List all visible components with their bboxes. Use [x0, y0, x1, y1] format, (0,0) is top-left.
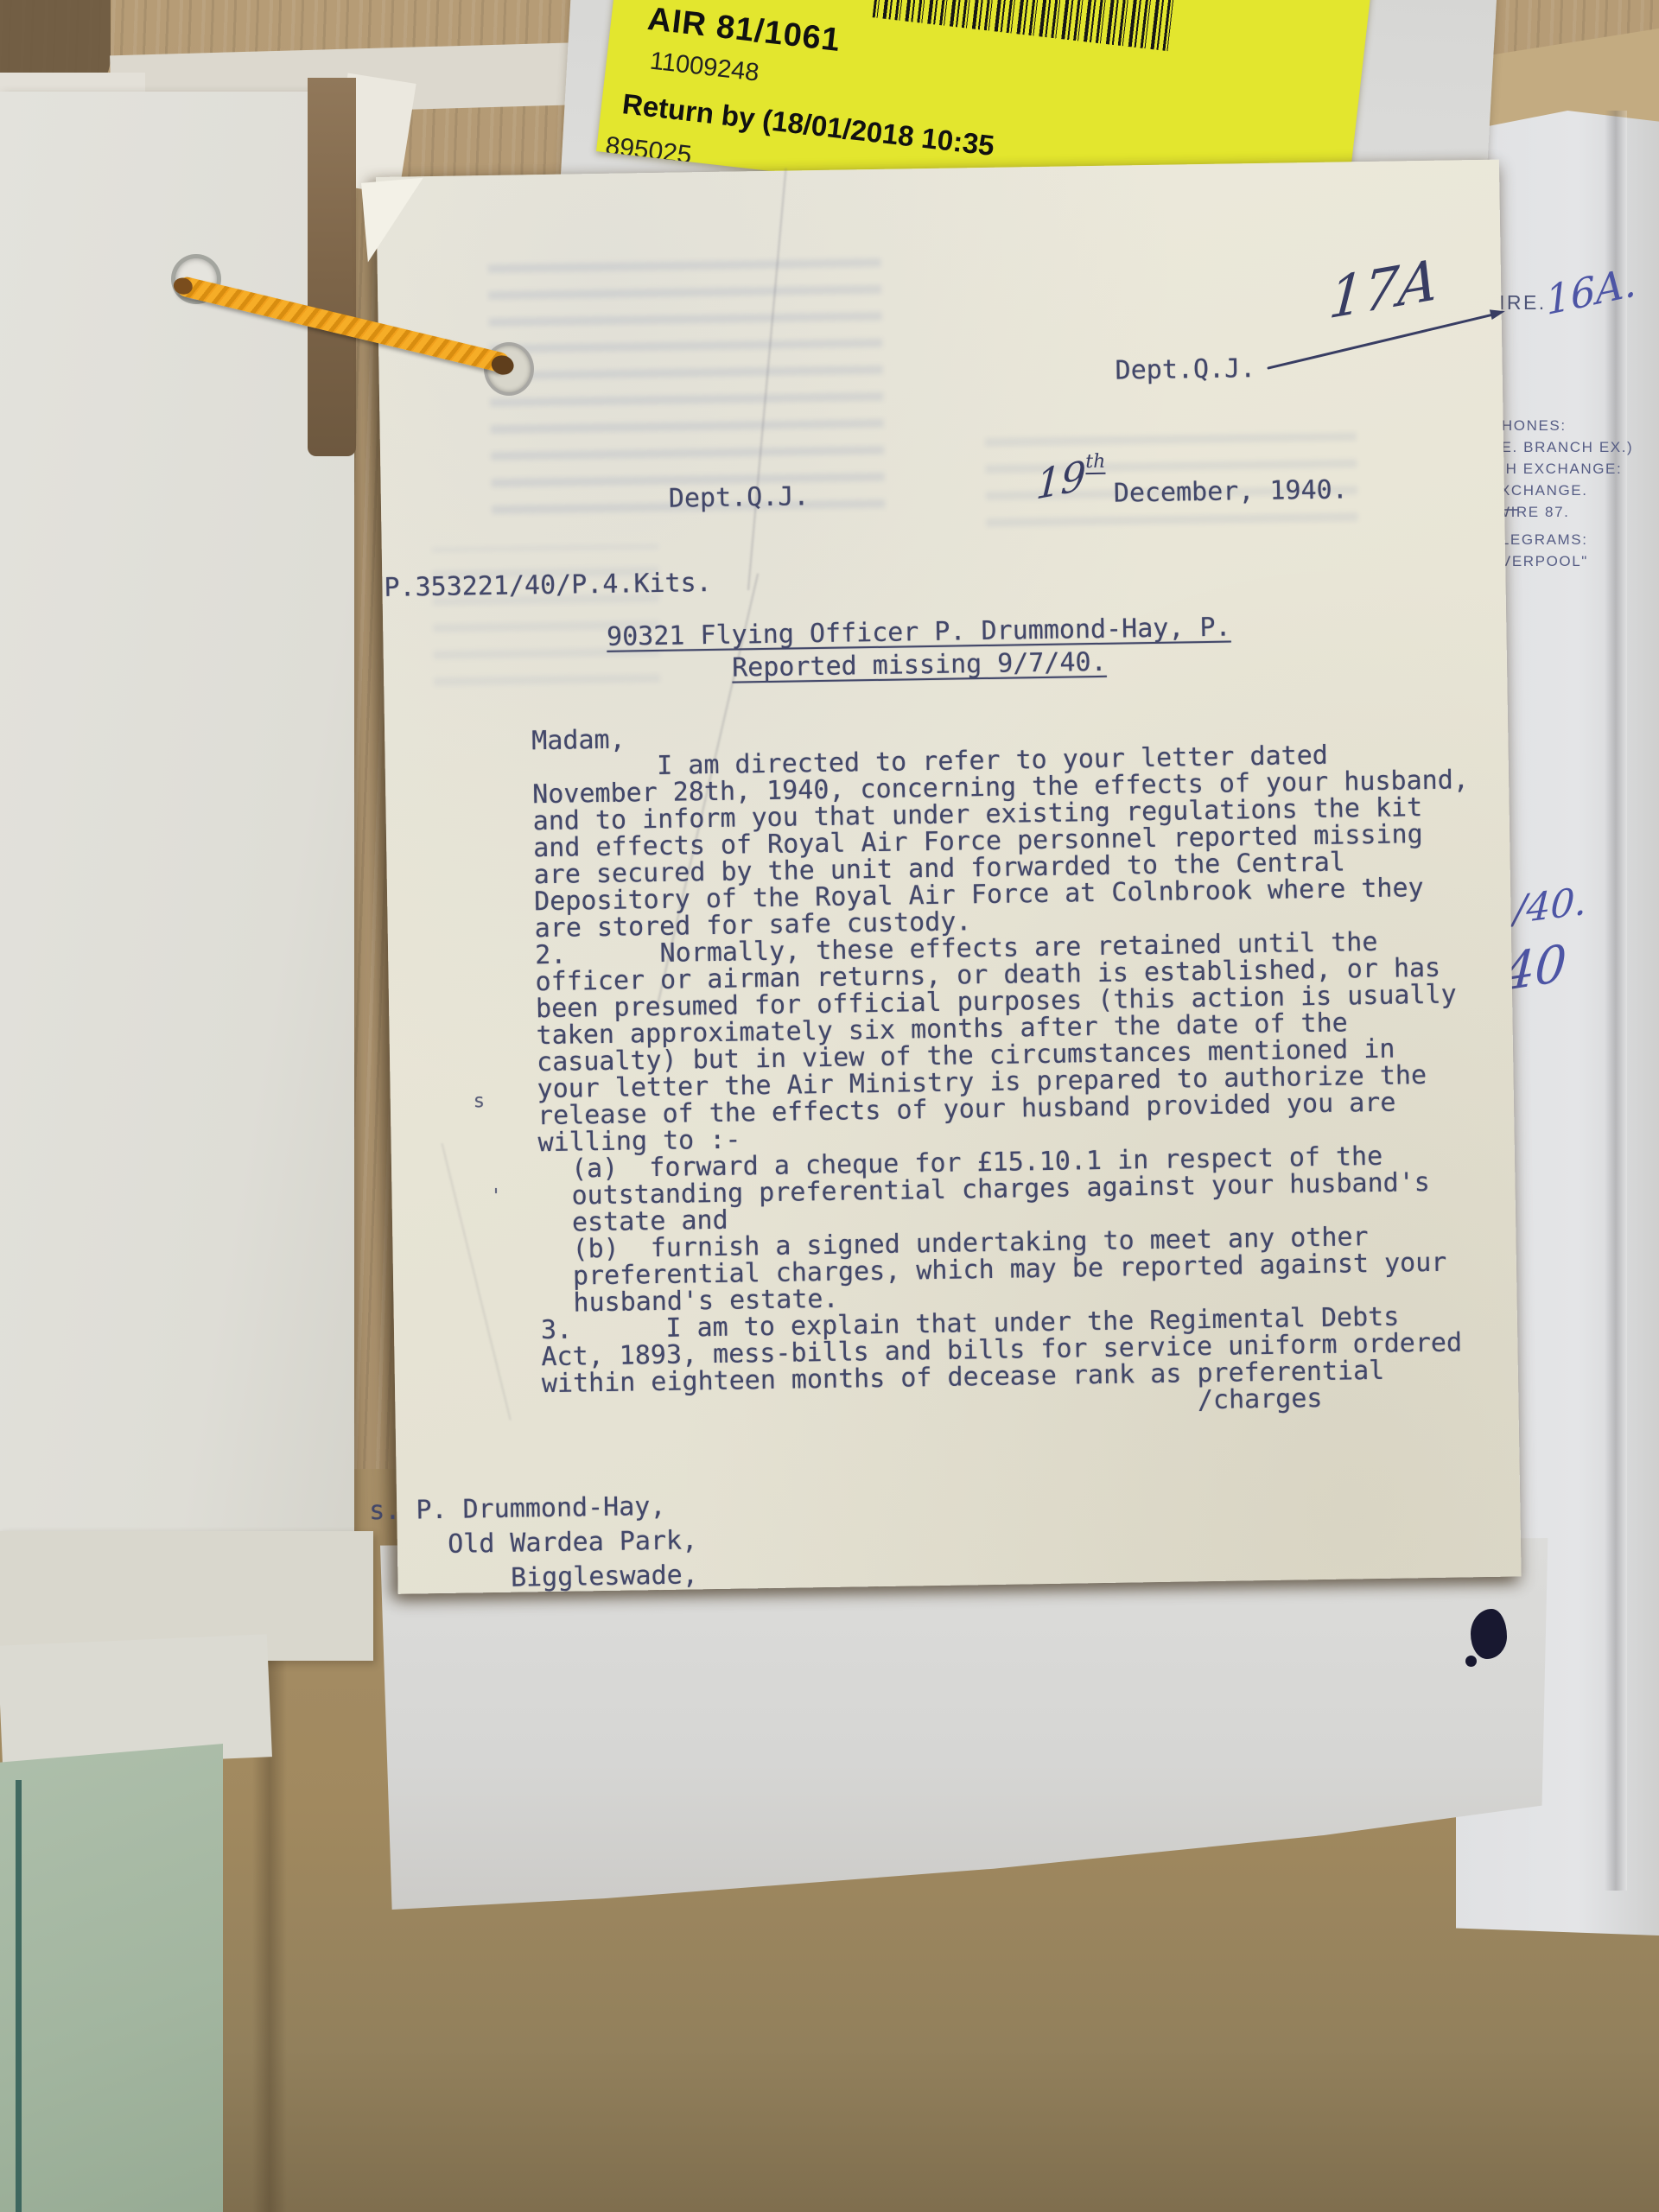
- department-reference-top: Dept.Q.J.: [1115, 355, 1255, 385]
- ink-blot: [1471, 1609, 1507, 1659]
- handwritten-day-suffix: th: [1085, 451, 1105, 474]
- barcode: [873, 0, 1175, 51]
- green-page: [0, 1744, 223, 2212]
- green-page-rule-line: [16, 1780, 22, 2212]
- typed-letter-page: 17A Dept.Q.J. Dept.Q.J. 19 th December, …: [376, 160, 1522, 1594]
- marginal-mark: s: [474, 1088, 486, 1115]
- paragraph-1: I am directed to refer to your letter da…: [532, 739, 1533, 942]
- recipient-address: s. P. Drummond-Hay, Old Wardea Park, Big…: [369, 1489, 698, 1598]
- typed-date: December, 1940.: [1114, 476, 1348, 506]
- handwritten-day: 19: [1035, 451, 1088, 509]
- item-a: (a) forward a cheque for £15.10.1 in res…: [538, 1141, 1537, 1236]
- archive-photo-canvas: { "archive_label": { "catalogue_ref": "A…: [0, 0, 1659, 2212]
- page-fold-shadow: [1605, 111, 1627, 1891]
- folder-gap-shadow: [308, 78, 356, 456]
- ink-blot-dot: [1465, 1656, 1477, 1667]
- paragraph-3: 3. I am to explain that under the Regime…: [541, 1301, 1541, 1424]
- letter-body: Madam, I am directed to refer to your le…: [531, 712, 1541, 1424]
- paragraph-2: 2. Normally, these effects are retained …: [535, 926, 1536, 1156]
- marginal-mark: ': [490, 1183, 502, 1210]
- department-reference: Dept.Q.J.: [669, 483, 810, 512]
- paper-sheet-bottom-left: [0, 1634, 272, 1768]
- subject-heading: 90321 Flying Officer P. Drummond-Hay, P.…: [530, 610, 1308, 688]
- file-reference-line: P.353221/40/P.4.Kits.: [384, 569, 712, 601]
- barcode-number: 11009248: [648, 47, 760, 87]
- folio-number-17a: 17A: [1326, 248, 1440, 333]
- bleed-through-smudge: [487, 249, 885, 514]
